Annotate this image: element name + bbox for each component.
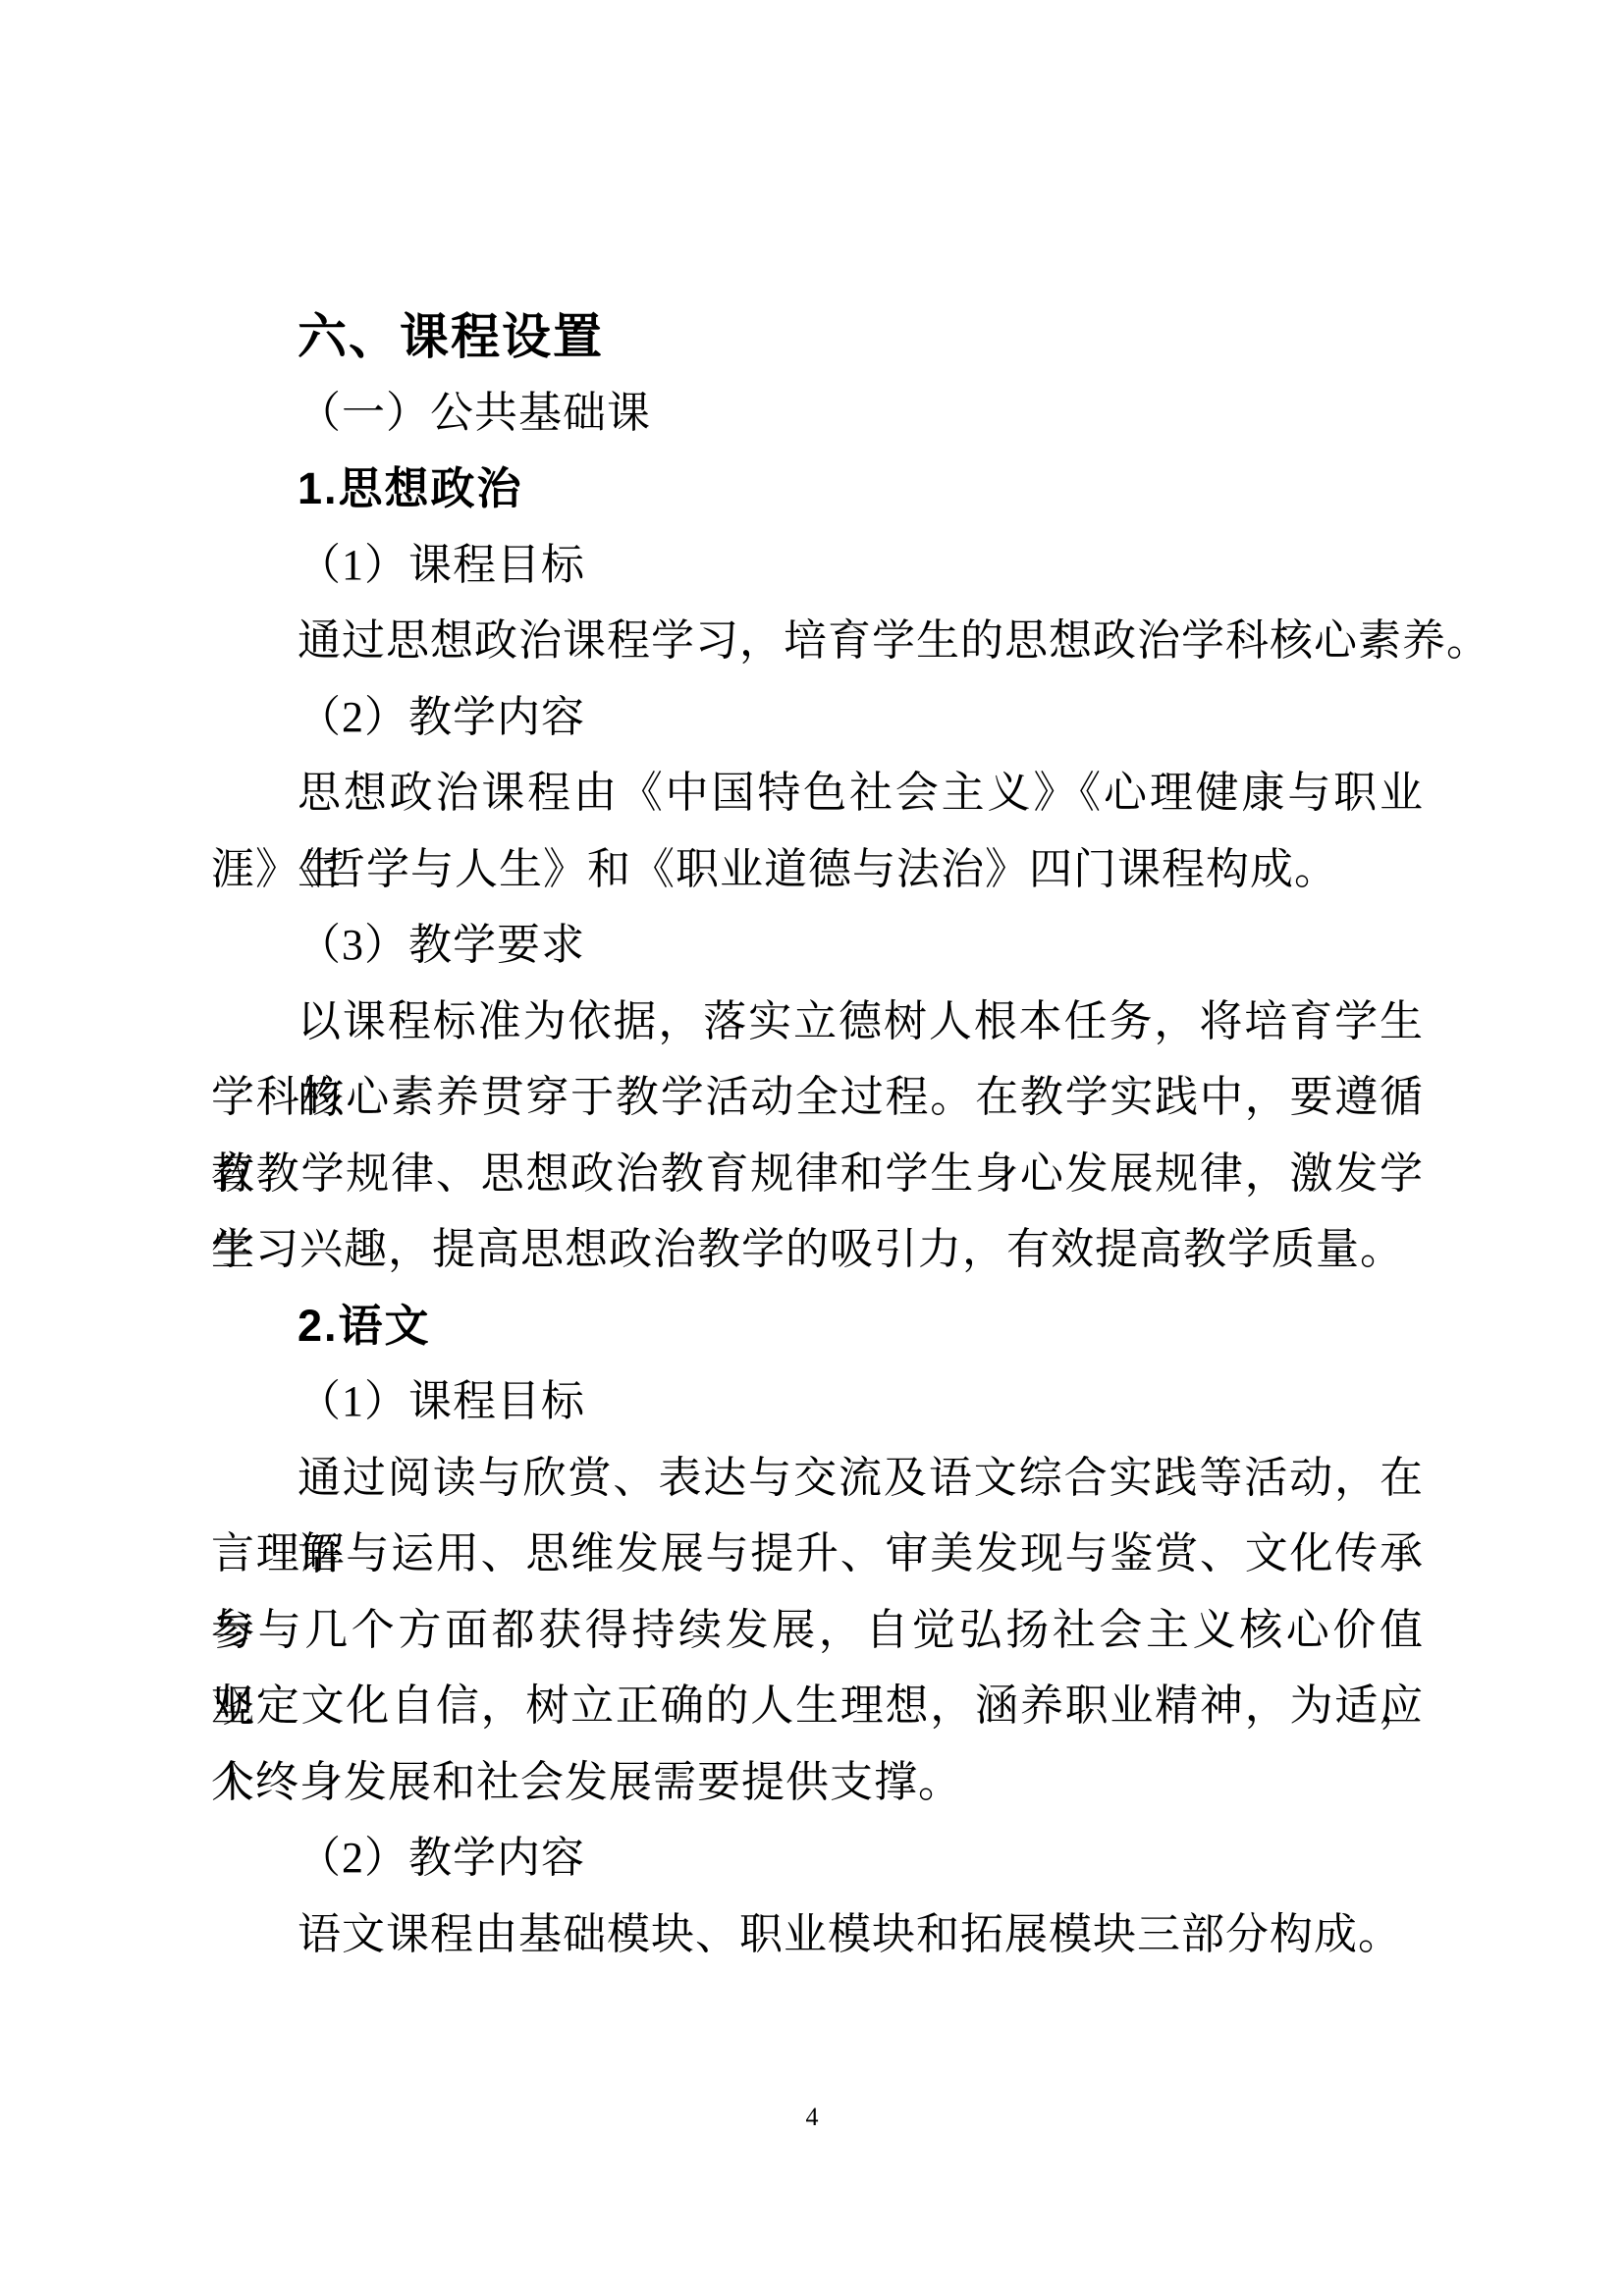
- paragraph-line: 学科核心素养贯穿于教学活动全过程。在教学实践中，要遵循教: [211, 1059, 1424, 1136]
- paragraph-line: 以课程标准为依据，落实立德树人根本任务，将培育学生的: [211, 984, 1424, 1060]
- paragraph-line: 人终身发展和社会发展需要提供支撑。: [211, 1744, 1424, 1821]
- item-label: （2）教学内容: [211, 679, 1424, 756]
- page-number: 4: [0, 2101, 1624, 2134]
- item-label: （1）课程目标: [211, 1363, 1424, 1440]
- paragraph-line: 通过阅读与欣赏、表达与交流及语文综合实践等活动，在语: [211, 1440, 1424, 1517]
- paragraph-line: 学习兴趣，提高思想政治教学的吸引力，有效提高教学质量。: [211, 1211, 1424, 1288]
- section-heading: 六、课程设置: [211, 298, 1424, 375]
- course-heading: 2.语文: [211, 1288, 1424, 1364]
- paragraph-line: 参与几个方面都获得持续发展，自觉弘扬社会主义核心价值观，: [211, 1592, 1424, 1669]
- paragraph-line: 涯》《哲学与人生》和《职业道德与法治》四门课程构成。: [211, 831, 1424, 908]
- paragraph-line: 语文课程由基础模块、职业模块和拓展模块三部分构成。: [211, 1896, 1424, 1973]
- paragraph-line: 育教学规律、思想政治教育规律和学生身心发展规律，激发学生: [211, 1136, 1424, 1212]
- paragraph-line: 言理解与运用、思维发展与提升、审美发现与鉴赏、文化传承与: [211, 1516, 1424, 1592]
- item-label: （2）教学内容: [211, 1820, 1424, 1896]
- item-label: （1）课程目标: [211, 527, 1424, 604]
- document-page: 六、课程设置 （一）公共基础课 1.思想政治 （1）课程目标 通过思想政治课程学…: [0, 0, 1624, 2296]
- paragraph-line: 坚定文化自信，树立正确的人生理想，涵养职业精神，为适应个: [211, 1668, 1424, 1744]
- course-heading: 1.思想政治: [211, 451, 1424, 527]
- item-label: （3）教学要求: [211, 907, 1424, 984]
- subsection-heading: （一）公共基础课: [211, 375, 1424, 452]
- paragraph-line: 思想政治课程由《中国特色社会主义》《心理健康与职业生: [211, 755, 1424, 831]
- paragraph-line: 通过思想政治课程学习，培育学生的思想政治学科核心素养。: [211, 603, 1424, 679]
